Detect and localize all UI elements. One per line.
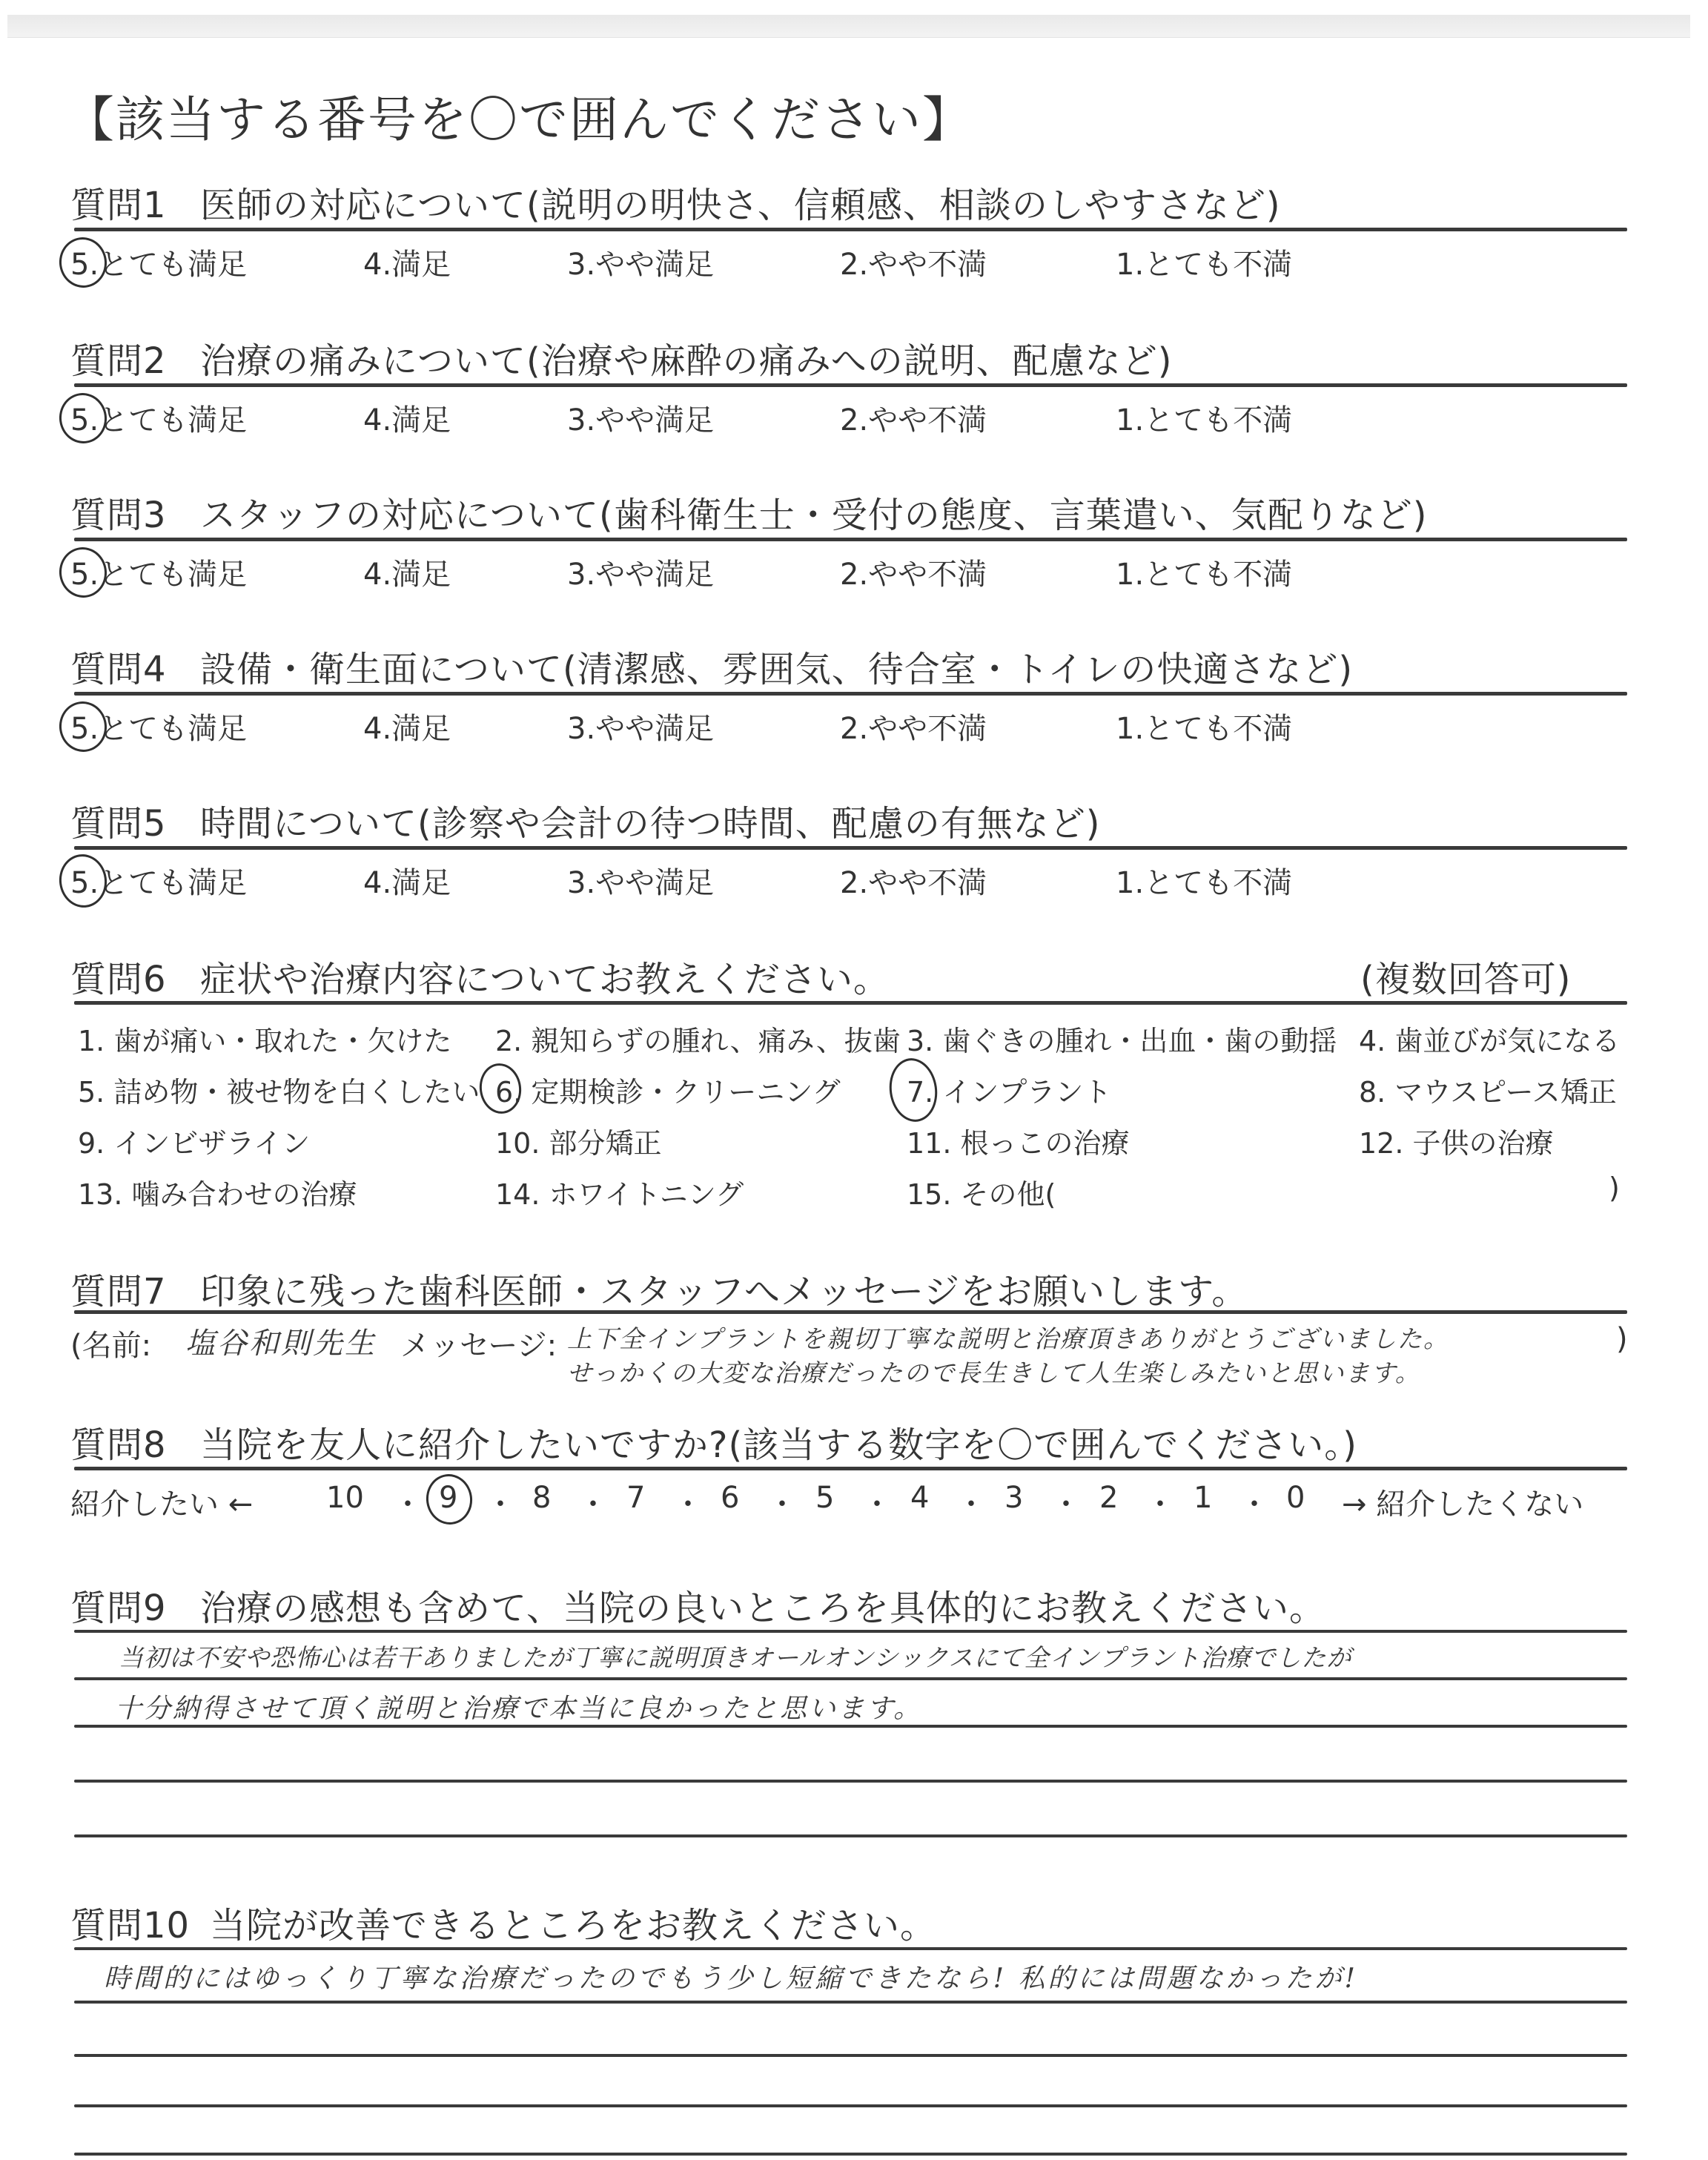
- scale-separator: ・: [956, 1481, 986, 1523]
- divider: [74, 846, 1627, 850]
- rating-option-3[interactable]: 3.やや満足: [567, 397, 714, 439]
- rating-option-5[interactable]: 5.とても満足: [70, 241, 247, 283]
- treatment-option-8[interactable]: 8. マウスピース矯正: [1359, 1069, 1617, 1110]
- question-text: 当院を友人に紹介したいですか?(該当する数字を〇で囲んでください。): [200, 1416, 1357, 1467]
- scale-10[interactable]: 10: [326, 1481, 364, 1515]
- divider: [74, 1310, 1627, 1314]
- instruction-title: 【該当する番号を〇で囲んでください】: [65, 80, 973, 151]
- question-text: 治療の感想も含めて、当院の良いところを具体的にお教えください。: [200, 1579, 1325, 1631]
- scale-separator: ・: [486, 1481, 515, 1523]
- question-text: 当院が改善できるところをお教えください。: [210, 1897, 936, 1948]
- answer-line: [74, 2104, 1627, 2107]
- rating-option-2[interactable]: 2.やや不満: [840, 859, 987, 902]
- name-label: (名前:: [70, 1322, 151, 1364]
- rating-option-3[interactable]: 3.やや満足: [567, 551, 714, 593]
- treatment-option-5[interactable]: 5. 詰め物・被せ物を白くしたい: [78, 1069, 480, 1110]
- rating-option-4[interactable]: 4.満足: [363, 241, 451, 283]
- scale-separator: ・: [1239, 1481, 1269, 1523]
- divider: [74, 228, 1627, 231]
- treatment-option-11[interactable]: 11. 根っこの治療: [907, 1120, 1130, 1161]
- question-label: 質問8: [70, 1416, 167, 1467]
- rating-option-4[interactable]: 4.満足: [363, 859, 451, 902]
- question-text: スタッフの対応について(歯科衛生士・受付の態度、言葉遣い、気配りなど): [200, 486, 1428, 538]
- answer-line: [74, 2001, 1627, 2004]
- question-text: 時間について(診察や会計の待つ時間、配慮の有無など): [200, 795, 1101, 846]
- message-close-paren: ): [1616, 1322, 1628, 1356]
- treatment-option-12[interactable]: 12. 子供の治療: [1359, 1120, 1554, 1161]
- rating-option-2[interactable]: 2.やや不満: [840, 241, 987, 283]
- message-label: メッセージ:: [400, 1322, 557, 1364]
- scale-0[interactable]: 0: [1286, 1481, 1305, 1515]
- scale-separator: ・: [1051, 1481, 1081, 1523]
- question-label: 質問7: [70, 1263, 167, 1314]
- other-close-paren: ): [1609, 1172, 1620, 1204]
- answer-handwritten-line2[interactable]: 十分納得させて頂く説明と治療で本当に良かったと思います。: [115, 1688, 922, 1725]
- rating-option-4[interactable]: 4.満足: [363, 397, 451, 439]
- answer-line: [74, 1725, 1627, 1728]
- scan-edge-band: [7, 15, 1690, 38]
- scale-6[interactable]: 6: [721, 1481, 739, 1515]
- rating-option-2[interactable]: 2.やや不満: [840, 551, 987, 593]
- rating-option-1[interactable]: 1.とても不満: [1116, 397, 1292, 439]
- question-label: 質問3: [70, 486, 167, 538]
- message-handwritten-line2[interactable]: せっかくの大変な治療だったので長生きして人生楽しみたいと思います。: [567, 1354, 1421, 1389]
- treatment-option-1[interactable]: 1. 歯が痛い・取れた・欠けた: [78, 1018, 451, 1059]
- answer-line: [74, 1780, 1627, 1783]
- treatment-option-4[interactable]: 4. 歯並びが気になる: [1359, 1018, 1620, 1059]
- treatment-option-14[interactable]: 14. ホワイトニング: [495, 1172, 744, 1212]
- treatment-option-2[interactable]: 2. 親知らずの腫れ、痛み、抜歯: [495, 1018, 901, 1059]
- answer-handwritten-line1[interactable]: 当初は不安や恐怖心は若干ありましたが丁寧に説明頂きオールオンシックスにて全インプ…: [119, 1639, 1352, 1674]
- question-label: 質問2: [70, 332, 167, 383]
- question-label: 質問9: [70, 1579, 167, 1631]
- answer-line: [74, 1834, 1627, 1837]
- rating-option-5[interactable]: 5.とても満足: [70, 859, 247, 902]
- answer-handwritten-line1[interactable]: 時間的にはゆっくり丁寧な治療だったのでもう少し短縮できたなら! 私的には問題なか…: [104, 1958, 1358, 1995]
- divider: [74, 1467, 1627, 1470]
- scale-7[interactable]: 7: [626, 1481, 645, 1515]
- rating-option-2[interactable]: 2.やや不満: [840, 397, 987, 439]
- answer-line: [74, 1947, 1627, 1950]
- question-text: 症状や治療内容についてお教えください。: [200, 951, 890, 1002]
- divider: [74, 538, 1627, 541]
- recommend-right-label: → 紹介したくない: [1342, 1481, 1583, 1523]
- multiple-answers-note: (複数回答可): [1360, 951, 1571, 1002]
- divider: [74, 1001, 1627, 1005]
- scale-separator: ・: [862, 1481, 892, 1523]
- question-text: 印象に残った歯科医師・スタッフへメッセージをお願いします。: [200, 1263, 1248, 1314]
- rating-option-1[interactable]: 1.とても不満: [1116, 551, 1292, 593]
- answer-line: [74, 1630, 1627, 1633]
- question-text: 治療の痛みについて(治療や麻酔の痛みへの説明、配慮など): [200, 332, 1173, 383]
- scale-4[interactable]: 4: [910, 1481, 929, 1515]
- question-label: 質問10: [70, 1897, 190, 1948]
- answer-line: [74, 2054, 1627, 2057]
- answer-line: [74, 2153, 1627, 2156]
- question-label: 質問4: [70, 641, 167, 692]
- question-label: 質問1: [70, 176, 167, 228]
- question-label: 質問6: [70, 951, 167, 1002]
- treatment-option-6[interactable]: 6. 定期検診・クリーニング: [495, 1069, 841, 1110]
- scale-separator: ・: [393, 1481, 423, 1523]
- rating-option-3[interactable]: 3.やや満足: [567, 241, 714, 283]
- divider: [74, 692, 1627, 696]
- rating-option-1[interactable]: 1.とても不満: [1116, 859, 1292, 902]
- treatment-option-9[interactable]: 9. インビザライン: [78, 1120, 310, 1161]
- rating-option-5[interactable]: 5.とても満足: [70, 397, 247, 439]
- question-label: 質問5: [70, 795, 167, 846]
- treatment-option-10[interactable]: 10. 部分矯正: [495, 1120, 662, 1161]
- rating-option-3[interactable]: 3.やや満足: [567, 859, 714, 902]
- rating-option-3[interactable]: 3.やや満足: [567, 705, 714, 747]
- scale-separator: ・: [1145, 1481, 1175, 1523]
- treatment-option-3[interactable]: 3. 歯ぐきの腫れ・出血・歯の動揺: [907, 1018, 1337, 1059]
- message-handwritten-line1[interactable]: 上下全インプラントを親切丁寧な説明と治療頂きありがとうございました。: [567, 1320, 1449, 1355]
- treatment-option-13[interactable]: 13. 噛み合わせの治療: [78, 1172, 357, 1212]
- rating-option-4[interactable]: 4.満足: [363, 551, 451, 593]
- scale-3[interactable]: 3: [1004, 1481, 1023, 1515]
- scale-9[interactable]: 9: [439, 1481, 457, 1515]
- treatment-option-7[interactable]: 7. インプラント: [907, 1069, 1111, 1110]
- answer-line: [74, 1677, 1627, 1680]
- name-handwritten[interactable]: 塩谷和則先生: [185, 1320, 377, 1362]
- scale-2[interactable]: 2: [1099, 1481, 1118, 1515]
- rating-option-4[interactable]: 4.満足: [363, 705, 451, 747]
- recommend-left-label: 紹介したい ←: [70, 1481, 253, 1523]
- rating-option-5[interactable]: 5.とても満足: [70, 705, 247, 747]
- rating-option-1[interactable]: 1.とても不満: [1116, 241, 1292, 283]
- treatment-option-15[interactable]: 15. その他(: [907, 1172, 1056, 1212]
- scale-separator: ・: [767, 1481, 797, 1523]
- scale-5[interactable]: 5: [815, 1481, 834, 1515]
- rating-option-1[interactable]: 1.とても不満: [1116, 705, 1292, 747]
- scale-separator: ・: [673, 1481, 703, 1523]
- question-text: 設備・衛生面について(清潔感、雰囲気、待合室・トイレの快適さなど): [200, 641, 1353, 692]
- divider: [74, 383, 1627, 387]
- rating-option-2[interactable]: 2.やや不満: [840, 705, 987, 747]
- scale-8[interactable]: 8: [532, 1481, 551, 1515]
- scale-separator: ・: [578, 1481, 608, 1523]
- scale-1[interactable]: 1: [1194, 1481, 1212, 1515]
- question-text: 医師の対応について(説明の明快さ、信頼感、相談のしやすさなど): [200, 176, 1281, 228]
- rating-option-5[interactable]: 5.とても満足: [70, 551, 247, 593]
